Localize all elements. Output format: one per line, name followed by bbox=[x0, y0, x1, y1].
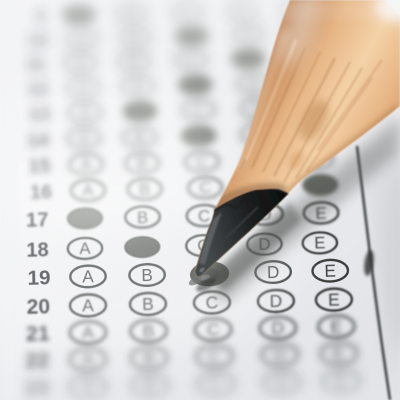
bubble-letter-21-E: E bbox=[330, 316, 342, 336]
bubble-letter-20-E: E bbox=[328, 289, 340, 309]
bubble-letter-21-D: D bbox=[271, 318, 284, 338]
answer-sheet-scene: 9BCDE10ABDE11ABCE12ABDE13ACDE14ABDE15ABC… bbox=[0, 0, 400, 400]
top-edge-glow bbox=[240, 0, 400, 16]
bottom-defocus-wash bbox=[0, 348, 400, 400]
bubble-letter-19-E: E bbox=[324, 260, 336, 280]
bubble-letter-18-E: E bbox=[314, 233, 326, 252]
scantron-photo: 9BCDE10ABDE11ABCE12ABDE13ACDE14ABDE15ABC… bbox=[0, 0, 400, 400]
left-edge-wash bbox=[0, 0, 18, 400]
